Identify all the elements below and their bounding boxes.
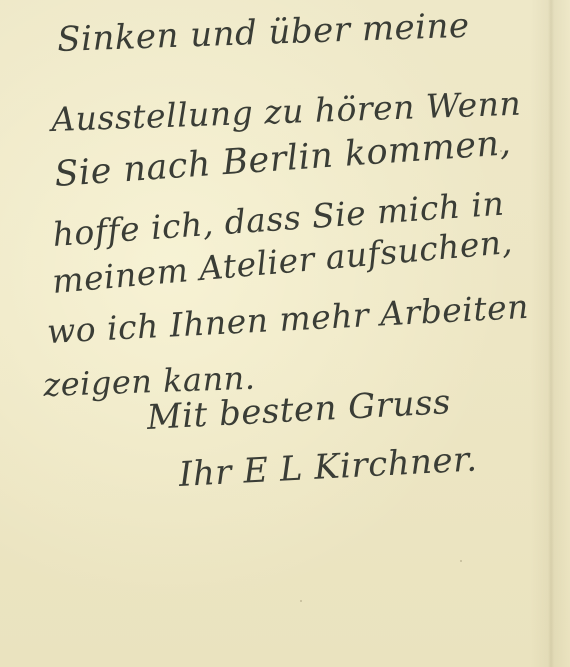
paper-speck [460,560,462,562]
paper-speck [300,600,302,602]
paper-fold [548,0,554,667]
letter-line-1: Sinken und über meine [57,6,471,60]
letter-line-6: wo ich Ihnen mehr Arbeiten [46,287,530,351]
paper-speck [520,300,522,302]
letter-page: Sinken und über meine Ausstellung zu hör… [0,0,570,667]
paper-speck [500,150,502,152]
letter-signature: Ihr E L Kirchner. [178,439,478,495]
